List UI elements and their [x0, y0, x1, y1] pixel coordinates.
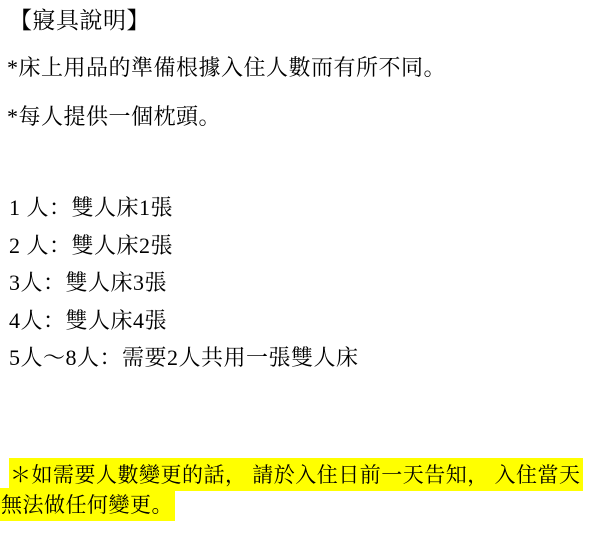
- bed-list-item-2-persons: 2 人：雙人床2張: [9, 227, 359, 265]
- bed-list-item-3-persons: 3人：雙人床3張: [9, 264, 359, 302]
- intro-line-pillow-per-person: *每人提供一個枕頭。: [7, 103, 221, 131]
- guest-count-change-note: ＊如需要人數變更的話， 請於入住日前一天告知， 入住當天 無法做任何變更。: [0, 460, 613, 520]
- page-title: 【寢具說明】: [9, 6, 150, 36]
- note-line: ＊如需要人數變更的話， 請於入住日前一天告知， 入住當天: [0, 460, 613, 490]
- bed-list-item-5-to-8-persons: 5人～8人：需要2人共用一張雙人床: [9, 339, 359, 377]
- note-line: 無法做任何變更。: [0, 490, 613, 520]
- intro-line-bedding-varies: *床上用品的準備根據入住人數而有所不同。: [7, 54, 446, 82]
- highlighted-note-text: ＊如需要人數變更的話， 請於入住日前一天告知， 入住當天: [9, 458, 583, 491]
- bedding-info-page: 【寢具說明】 *床上用品的準備根據入住人數而有所不同。 *每人提供一個枕頭。 1…: [0, 0, 613, 534]
- highlighted-note-text: 無法做任何變更。: [0, 488, 175, 521]
- bed-arrangement-list: 1 人：雙人床1張 2 人：雙人床2張 3人：雙人床3張 4人：雙人床4張 5人…: [9, 189, 359, 377]
- bed-list-item-1-person: 1 人：雙人床1張: [9, 189, 359, 227]
- bed-list-item-4-persons: 4人：雙人床4張: [9, 302, 359, 340]
